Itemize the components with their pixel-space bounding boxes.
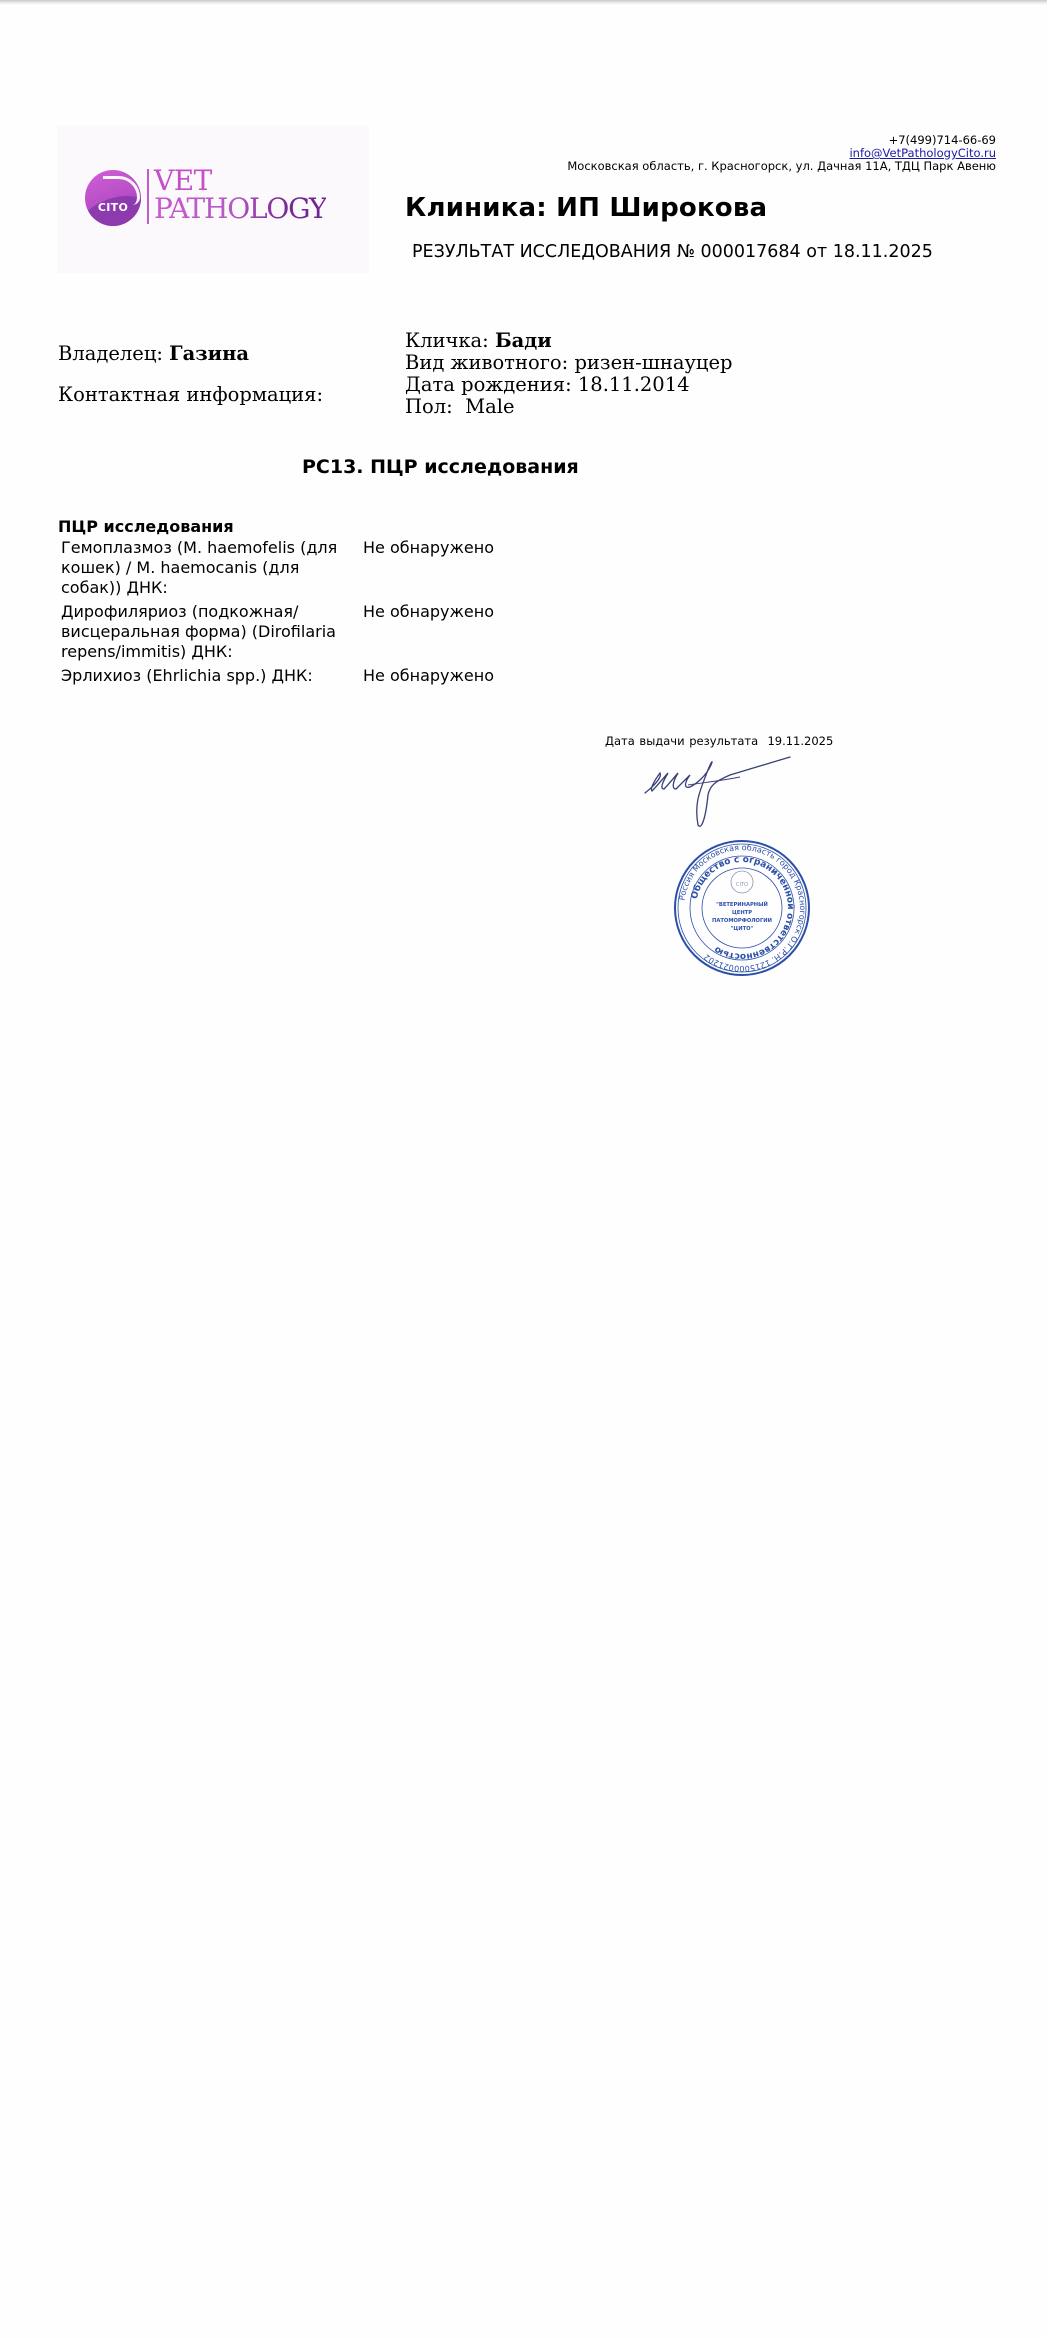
- result-title: РЕЗУЛЬТАТ ИССЛЕДОВАНИЯ № 000017684 от 18…: [412, 242, 933, 262]
- clinic-label: Клиника:: [405, 193, 547, 223]
- issue-date-line: Дата выдачи результата 19.11.2025: [605, 734, 833, 748]
- table-row: Дирофиляриоз (подкожная/висцеральная фор…: [61, 602, 494, 662]
- stamp-center-line: "ЦИТО": [731, 926, 754, 932]
- test-result: Не обнаружено: [361, 666, 494, 686]
- contact-info-line: Контактная информация:: [58, 383, 323, 406]
- test-result: Не обнаружено: [361, 538, 494, 598]
- signature-icon: [640, 755, 800, 835]
- test-result: Не обнаружено: [361, 602, 494, 662]
- birth-date: 18.11.2014: [578, 373, 690, 396]
- sex-label: Пол:: [405, 395, 453, 418]
- table-row: Гемоплазмоз (M. haemofelis (для кошек) /…: [61, 538, 494, 598]
- tests-table: Гемоплазмоз (M. haemofelis (для кошек) /…: [61, 538, 494, 690]
- logo-text-vet: VET: [154, 167, 212, 195]
- stamp-center-line: "ВЕТЕРИНАРНЫЙ: [716, 900, 768, 908]
- stamp-icon: Россия Московская область город Красного…: [672, 838, 812, 978]
- group-title: ПЦР исследования: [58, 517, 234, 536]
- owner-line: Владелец: Газина: [58, 342, 249, 365]
- top-edge-shadow: [0, 0, 1047, 5]
- contacts-block: +7(499)714-66-69 info@VetPathologyCito.r…: [567, 134, 996, 173]
- issue-date-label: Дата выдачи результата: [605, 734, 758, 748]
- clinic-title: Клиника: ИП Широкова: [405, 193, 767, 223]
- pet-name: Бади: [495, 329, 552, 352]
- contact-info-label: Контактная информация:: [58, 383, 323, 406]
- stamp-center-line: ЦЕНТР: [732, 910, 752, 916]
- table-row: Эрлихиоз (Ehrlichia spp.) ДНК: Не обнару…: [61, 666, 494, 686]
- logo-divider: [147, 169, 149, 224]
- test-name: Гемоплазмоз (M. haemofelis (для кошек) /…: [61, 538, 361, 598]
- issue-date: 19.11.2025: [767, 734, 833, 748]
- test-name: Эрлихиоз (Ehrlichia spp.) ДНК:: [61, 666, 361, 686]
- owner-label: Владелец:: [58, 342, 163, 365]
- species-label: Вид животного:: [405, 351, 568, 374]
- birth-label: Дата рождения:: [405, 373, 572, 396]
- owner-name: Газина: [169, 342, 249, 365]
- pet-name-label: Кличка:: [405, 329, 489, 352]
- stamp-center-line: ПАТОМОРФОЛОГИИ: [712, 918, 772, 924]
- cat-logo-icon: CITO: [85, 170, 141, 226]
- logo-text-pathology: PATHOLOGY: [154, 194, 326, 224]
- clinic-name: ИП Широкова: [556, 193, 767, 223]
- species: ризен-шнауцер: [574, 351, 732, 374]
- test-name: Дирофиляриоз (подкожная/висцеральная фор…: [61, 602, 361, 662]
- pet-info: Кличка: Бади Вид животного: ризен-шнауце…: [405, 330, 732, 418]
- address: Московская область, г. Красногорск, ул. …: [567, 160, 996, 173]
- sex: Male: [465, 395, 514, 418]
- email-link[interactable]: info@VetPathologyCito.ru: [849, 146, 996, 160]
- logo: CITO VET PATHOLOGY: [57, 125, 369, 273]
- section-title: PC13. ПЦР исследования: [302, 456, 579, 478]
- logo-badge-text: CITO: [85, 201, 141, 214]
- stamp-badge: CITO: [736, 882, 748, 888]
